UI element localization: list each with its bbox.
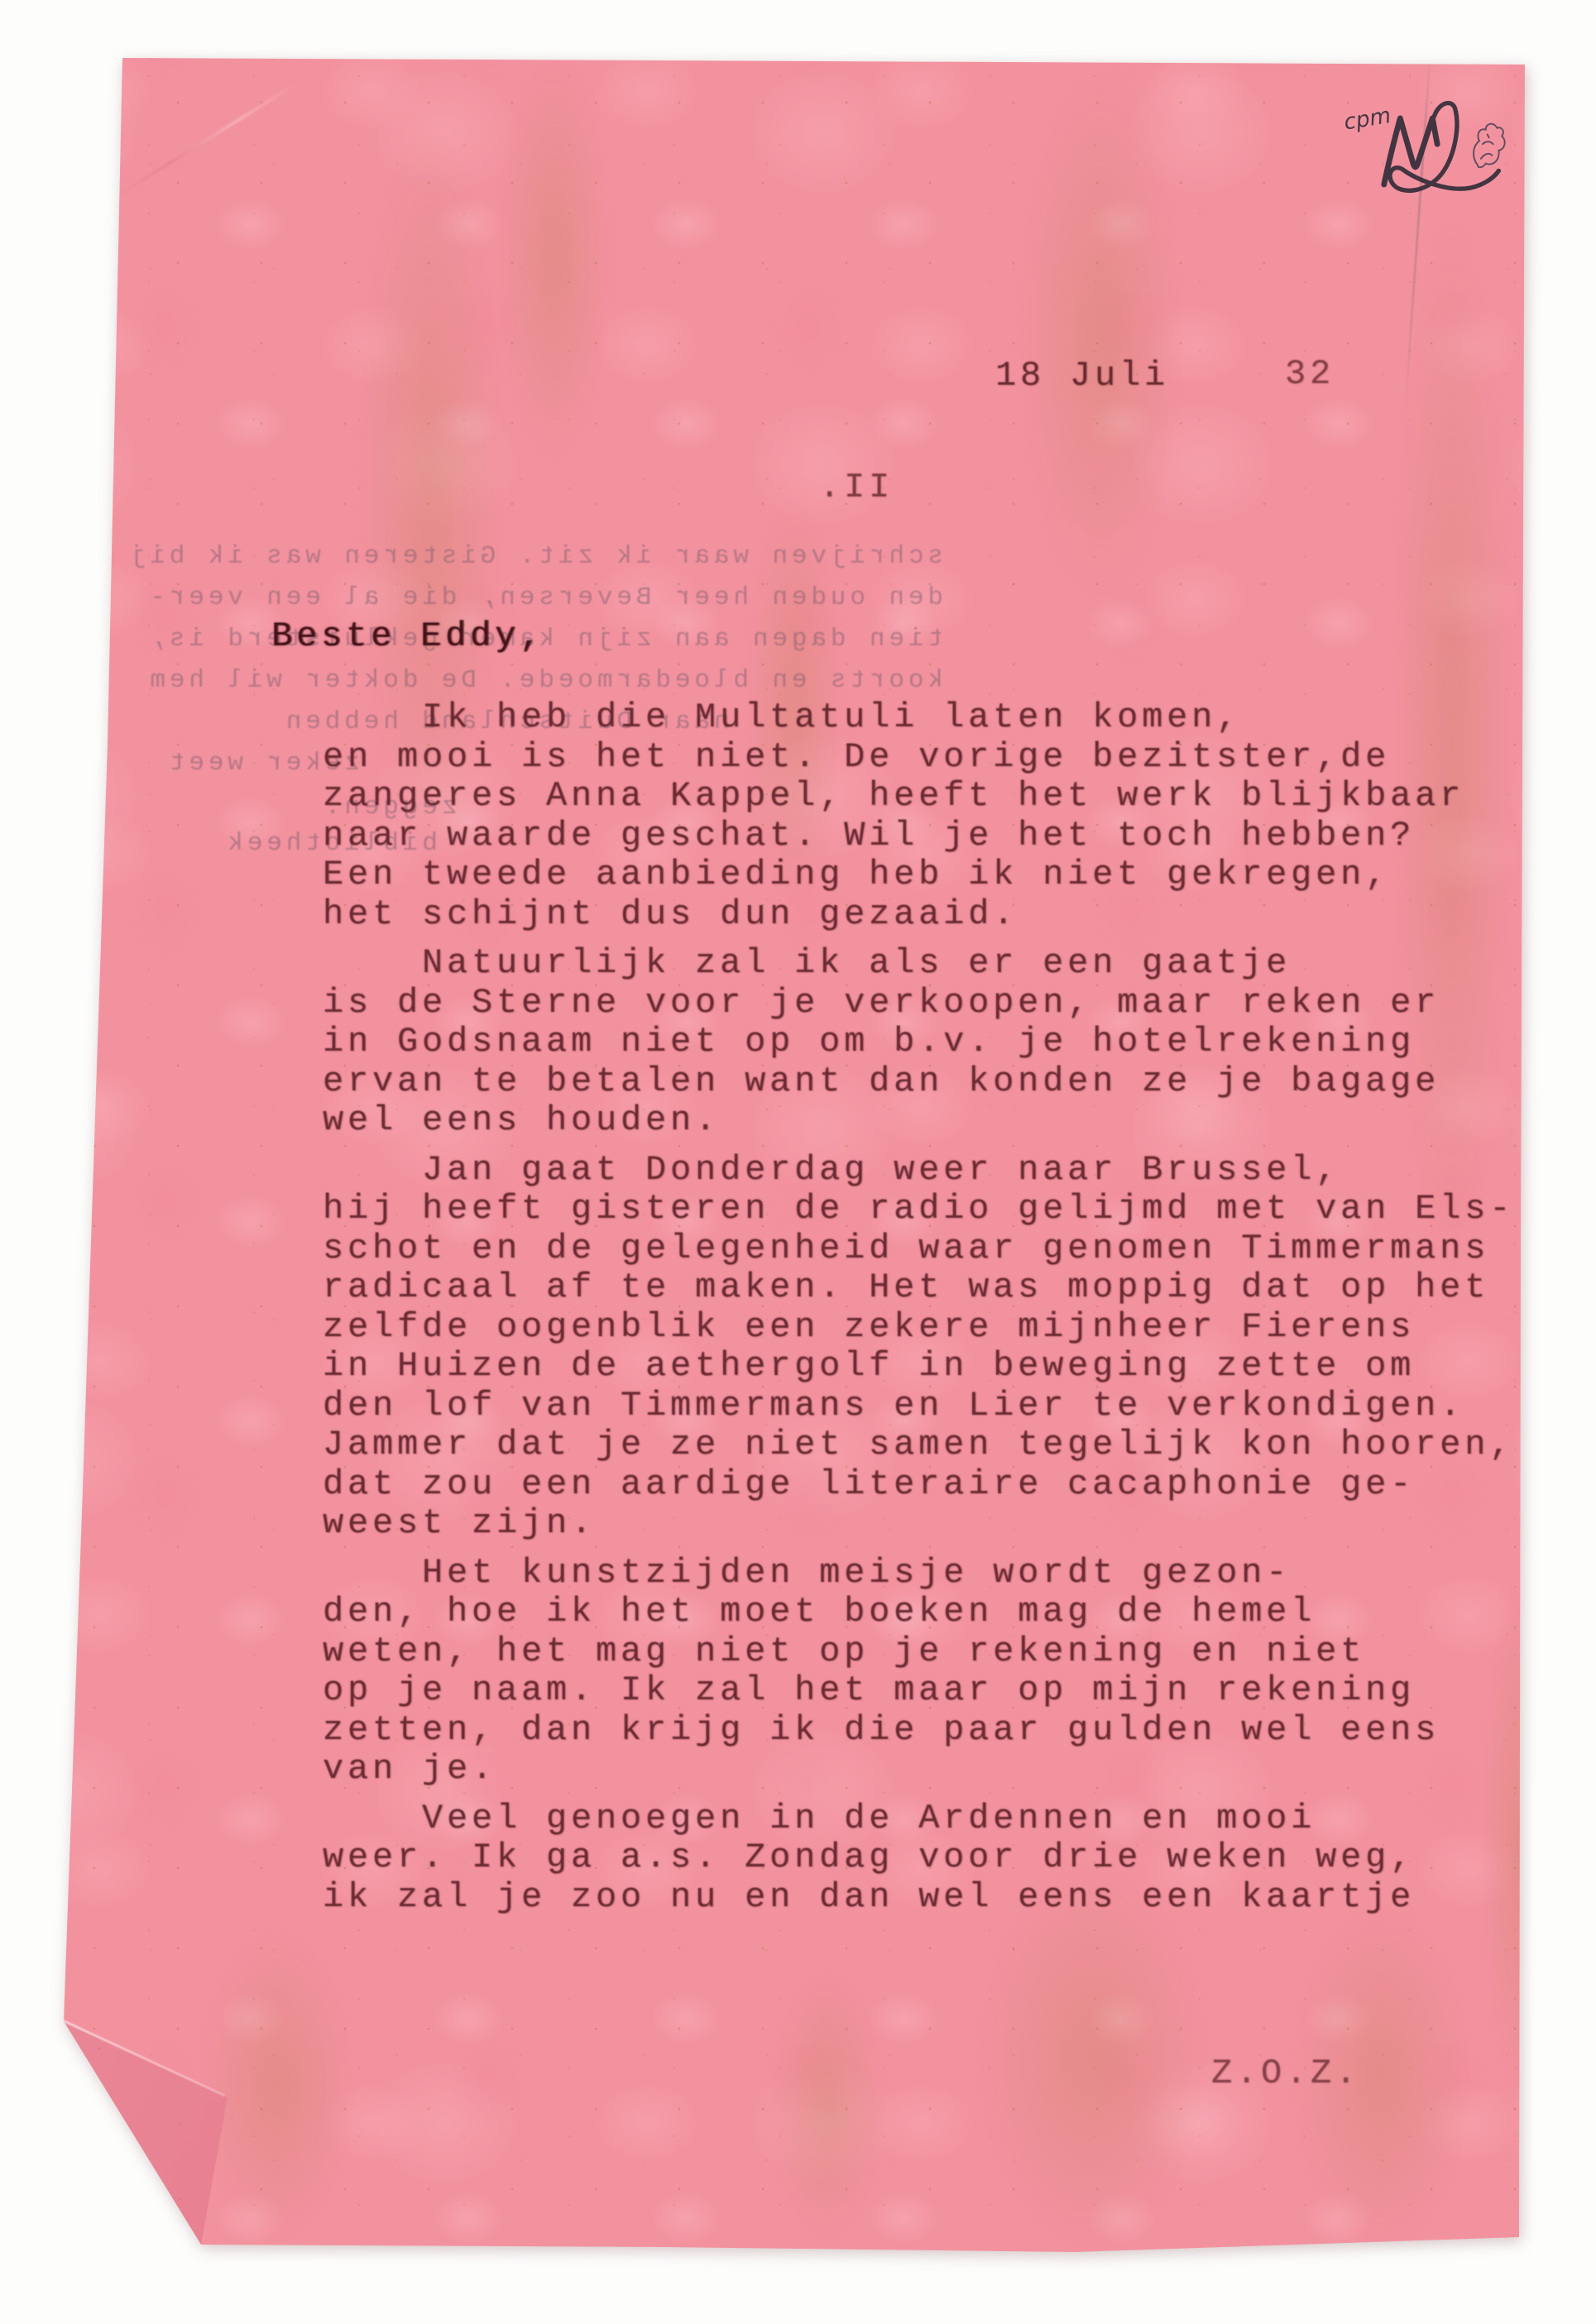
- monogram-m-stroke: [1384, 103, 1499, 191]
- body-line: van je.: [323, 1750, 1539, 1790]
- body-line: ervan te betalen want dan konden ze je b…: [323, 1062, 1539, 1102]
- ghost-line: schrijven waar ik zit. Gisteren was ik b…: [124, 542, 943, 571]
- body-line: zangeres Anna Kappel, heeft het werk bli…: [323, 777, 1539, 817]
- paper-crease: [107, 82, 298, 203]
- handwritten-monogram: cpm: [1342, 93, 1512, 208]
- body-line: het schijnt dus dun gezaaid.: [323, 895, 1539, 935]
- body-line: naar waarde geschat. Wil je het toch heb…: [323, 817, 1539, 856]
- body-line: in Godsnaam niet op om b.v. je hotelreke…: [323, 1023, 1539, 1062]
- speckle-streak: [1018, 66, 1183, 604]
- paragraph: Het kunstzijden meisje wordt gezon- den,…: [323, 1554, 1539, 1790]
- body-line: den, hoe ik het moet boeken mag de hemel: [323, 1593, 1539, 1632]
- paragraph: Veel genoegen in de Ardennen en mooi wee…: [323, 1799, 1539, 1918]
- paper-crease: [106, 298, 109, 645]
- lion-stamp-icon: [1474, 124, 1505, 168]
- salutation: Beste Eddy,: [271, 616, 544, 656]
- body-line: weer. Ik ga a.s. Zondag voor drie weken …: [323, 1838, 1539, 1878]
- handwritten-initials: cpm: [1342, 103, 1392, 136]
- body-line: Een tweede aanbieding heb ik niet gekreg…: [323, 855, 1539, 895]
- body-line: zetten, dan krijg ik die paar gulden wel…: [323, 1711, 1539, 1751]
- body-line: den lof van Timmermans en Lier te verkon…: [323, 1387, 1539, 1426]
- speckle-streak: [769, 1969, 885, 2242]
- body-line: Natuurlijk zal ik als er een gaatje: [323, 944, 1539, 984]
- body-line: Veel genoegen in de Ardennen en mooi: [323, 1799, 1539, 1839]
- verso-note: Z.O.Z.: [1211, 2053, 1360, 2093]
- body-line: Ik heb die Multatuli laten komen,: [323, 698, 1539, 738]
- speckle-streak: [496, 50, 612, 463]
- scan-background: schrijven waar ik zit. Gisteren was ik b…: [0, 0, 1596, 2324]
- paragraph: Jan gaat Donderdag weer naar Brussel, hi…: [323, 1151, 1539, 1544]
- body-line: op je naam. Ik zal het maar op mijn reke…: [323, 1671, 1539, 1711]
- ghost-line: koorts en bloedarmoede. De dokter wil he…: [124, 666, 943, 695]
- ghost-line: den ouden heer Beversen, die al een veer…: [124, 583, 943, 612]
- body-line: wel eens houden.: [323, 1101, 1539, 1141]
- body-line: Jan gaat Donderdag weer naar Brussel,: [323, 1151, 1539, 1191]
- paragraph: Natuurlijk zal ik als er een gaatje is d…: [323, 944, 1539, 1141]
- body-line: radicaal af te maken. Het was moppig dat…: [323, 1268, 1539, 1308]
- body-line: en mooi is het niet. De vorige bezitster…: [323, 738, 1539, 778]
- body-line: schot en de gelegenheid waar genomen Tim…: [323, 1229, 1539, 1269]
- letter-body: Ik heb die Multatuli laten komen, en moo…: [323, 698, 1539, 1927]
- body-line: hij heeft gisteren de radio gelijmd met …: [323, 1190, 1539, 1229]
- body-line: Het kunstzijden meisje wordt gezon-: [323, 1554, 1539, 1593]
- letter-date: 18 Juli: [995, 356, 1169, 395]
- body-line: weest zijn.: [323, 1504, 1539, 1544]
- page-number: 32: [1285, 354, 1335, 394]
- letter-paper: schrijven waar ik zit. Gisteren was ik b…: [0, 0, 1596, 2324]
- body-line: is de Sterne voor je verkoopen, maar rek…: [323, 984, 1539, 1023]
- paragraph: Ik heb die Multatuli laten komen, en moo…: [323, 698, 1539, 934]
- paper-shadow-wrap: schrijven waar ik zit. Gisteren was ik b…: [0, 0, 1596, 2324]
- body-line: zelfde oogenblik een zekere mijnheer Fie…: [323, 1308, 1539, 1348]
- body-line: dat zou een aardige literaire cacaphonie…: [323, 1465, 1539, 1505]
- body-line: in Huizen de aethergolf in beweging zett…: [323, 1347, 1539, 1387]
- speckle-streak: [199, 1928, 356, 2242]
- monogram-svg: cpm: [1342, 93, 1512, 208]
- section-numeral: .II: [819, 467, 894, 507]
- body-line: Jammer dat je ze niet samen tegelijk kon…: [323, 1426, 1539, 1465]
- body-line: ik zal je zoo nu en dan wel eens een kaa…: [323, 1878, 1539, 1918]
- body-line: weten, het mag niet op je rekening en ni…: [323, 1632, 1539, 1672]
